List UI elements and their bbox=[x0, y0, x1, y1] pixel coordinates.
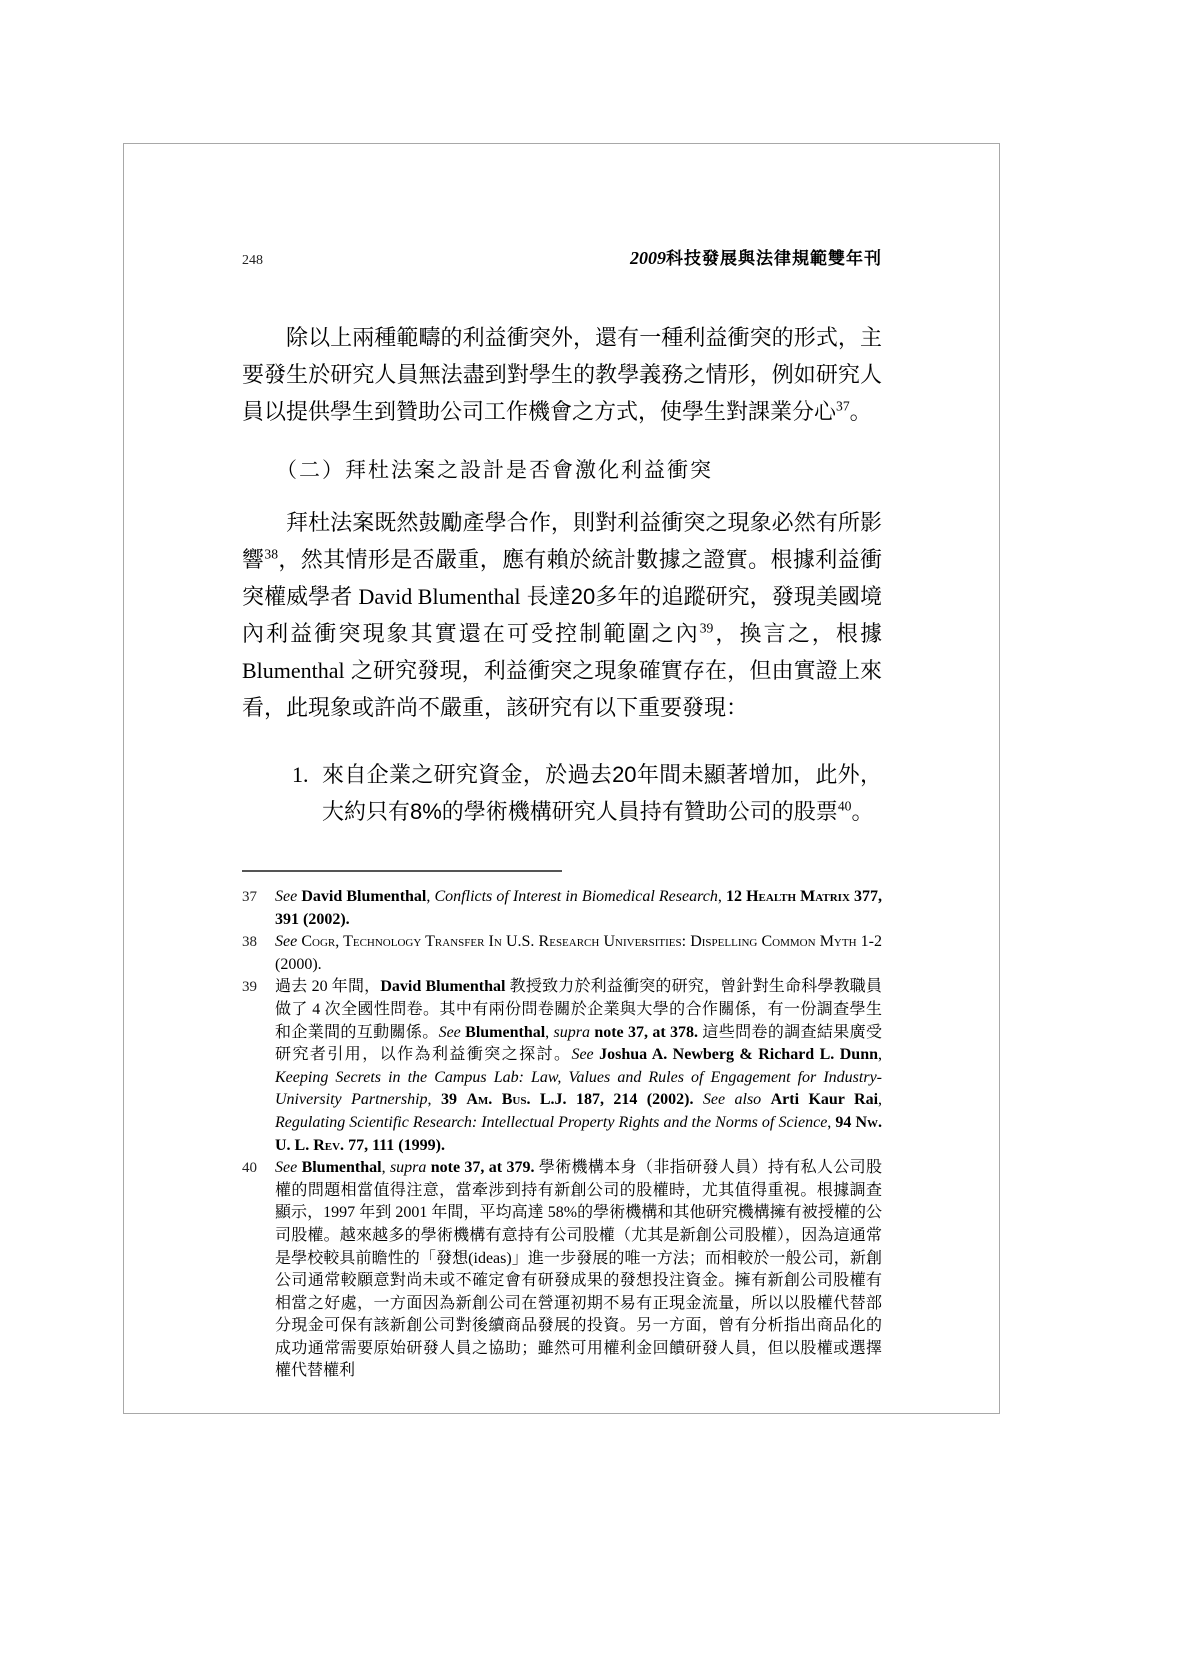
text-segment: , bbox=[382, 1159, 390, 1176]
text-segment: Health Matrix bbox=[746, 888, 850, 905]
text-segment: , bbox=[878, 1046, 882, 1063]
text-segment: 過去 20 年間， bbox=[275, 978, 380, 995]
text-segment: 12 bbox=[726, 888, 746, 905]
text-segment: David Blumenthal bbox=[380, 978, 505, 995]
footnotes-section: 37 See David Blumenthal, Conflicts of In… bbox=[242, 886, 882, 1383]
text-segment: supra bbox=[390, 1159, 426, 1176]
text-segment: note 37, at 378. bbox=[594, 1024, 698, 1041]
text-segment: 39 bbox=[441, 1091, 466, 1108]
footnote-text: See Blumenthal, supra note 37, at 379. 學… bbox=[275, 1157, 882, 1383]
section-heading: （二）拜杜法案之設計是否會激化利益衝突 bbox=[276, 454, 882, 484]
text-segment bbox=[761, 1091, 770, 1108]
text-segment: 187, 214 (2002). bbox=[567, 1091, 694, 1108]
footnote-separator bbox=[242, 870, 562, 872]
footnote-number: 40 bbox=[242, 1157, 275, 1383]
text-segment: Am. Bus. L.J. bbox=[466, 1091, 566, 1108]
text-segment: See bbox=[275, 1159, 297, 1176]
text-segment: 。 bbox=[851, 799, 873, 824]
text-segment: 學術機構本身（非指研發人員）持有私人公司股權的問題相當值得注意，當牽涉到持有新創… bbox=[275, 1159, 882, 1379]
footnote-text: 過去 20 年間，David Blumenthal 教授致力於利益衝突的研究，曾… bbox=[275, 976, 882, 1157]
body-text: 除以上兩種範疇的利益衝突外，還有一種利益衝突的形式，主要發生於研究人員無法盡到對… bbox=[242, 319, 882, 830]
text-segment: Blumenthal bbox=[302, 1159, 382, 1176]
text-segment: Blumenthal bbox=[242, 658, 345, 683]
text-segment: Conflicts of Interest in Biomedical Rese… bbox=[435, 888, 718, 905]
text-segment: See bbox=[571, 1046, 593, 1063]
text-segment: David Blumenthal bbox=[358, 584, 520, 609]
page-number: 248 bbox=[242, 253, 263, 269]
footnote-text: See Cogr, Technology Transfer In U.S. Re… bbox=[275, 931, 882, 976]
footnote-37: 37 See David Blumenthal, Conflicts of In… bbox=[242, 886, 882, 931]
body-paragraph-1: 除以上兩種範疇的利益衝突外，還有一種利益衝突的形式，主要發生於研究人員無法盡到對… bbox=[242, 319, 882, 430]
text-segment: 來自企業之研究資金，於過去20年間未顯著增加，此外，大約只有8%的學術機構研究人… bbox=[322, 762, 882, 824]
text-segment: 。 bbox=[850, 399, 872, 424]
body-paragraph-2: 拜杜法案既然鼓勵產學合作，則對利益衝突之現象必然有所影響38，然其情形是否嚴重，… bbox=[242, 504, 882, 726]
text-segment: See bbox=[275, 888, 297, 905]
text-segment: , bbox=[718, 888, 726, 905]
journal-year: 2009 bbox=[630, 248, 666, 268]
footnote-number: 37 bbox=[242, 886, 275, 931]
text-segment: See bbox=[275, 933, 297, 950]
text-segment: Joshua A. Newberg & Richard L. Dunn bbox=[599, 1046, 878, 1063]
list-item-text: 來自企業之研究資金，於過去20年間未顯著增加，此外，大約只有8%的學術機構研究人… bbox=[322, 756, 882, 830]
page-content: 248 2009科技發展與法律規範雙年刊 除以上兩種範疇的利益衝突外，還有一種利… bbox=[124, 144, 999, 1383]
text-segment: David Blumenthal bbox=[301, 888, 426, 905]
text-segment: , bbox=[428, 1091, 441, 1108]
footnote-ref: 39 bbox=[700, 621, 714, 636]
page-header: 248 2009科技發展與法律規範雙年刊 bbox=[242, 244, 882, 269]
text-segment: Cogr, Technology Transfer In U.S. Resear… bbox=[301, 933, 856, 950]
text-segment: 94 bbox=[835, 1114, 855, 1131]
text-segment: See also bbox=[703, 1091, 761, 1108]
text-segment: Blumenthal bbox=[465, 1024, 545, 1041]
text-segment: supra bbox=[554, 1024, 590, 1041]
text-segment: , bbox=[878, 1091, 882, 1108]
text-segment bbox=[693, 1091, 702, 1108]
footnote-40: 40 See Blumenthal, supra note 37, at 379… bbox=[242, 1157, 882, 1383]
footnote-ref: 37 bbox=[836, 399, 850, 414]
journal-title-text: 科技發展與法律規範雙年刊 bbox=[666, 249, 882, 268]
text-segment: Arti Kaur Rai bbox=[771, 1091, 878, 1108]
text-segment: 77, 111 (1999). bbox=[344, 1137, 445, 1154]
text-segment: 除以上兩種範疇的利益衝突外，還有一種利益衝突的形式，主要發生於研究人員無法盡到對… bbox=[242, 325, 882, 424]
footnote-text: See David Blumenthal, Conflicts of Inter… bbox=[275, 886, 882, 931]
footnote-number: 39 bbox=[242, 976, 275, 1157]
footnote-number: 38 bbox=[242, 931, 275, 976]
footnote-39: 39 過去 20 年間，David Blumenthal 教授致力於利益衝突的研… bbox=[242, 976, 882, 1157]
list-item-number: 1. bbox=[292, 756, 322, 830]
text-segment: ，換言之，根據 bbox=[713, 621, 882, 646]
document-page: 248 2009科技發展與法律規範雙年刊 除以上兩種範疇的利益衝突外，還有一種利… bbox=[123, 143, 1000, 1414]
text-segment: , bbox=[426, 888, 434, 905]
journal-title: 2009科技發展與法律規範雙年刊 bbox=[630, 244, 882, 269]
footnote-38: 38 See Cogr, Technology Transfer In U.S.… bbox=[242, 931, 882, 976]
footnote-ref: 40 bbox=[838, 799, 852, 814]
numbered-list-item: 1. 來自企業之研究資金，於過去20年間未顯著增加，此外，大約只有8%的學術機構… bbox=[292, 756, 882, 830]
text-segment: note 37, at 379. bbox=[431, 1159, 535, 1176]
text-segment: Regulating Scientific Research: Intellec… bbox=[275, 1114, 827, 1131]
text-segment: , bbox=[545, 1024, 553, 1041]
footnote-ref: 38 bbox=[264, 547, 278, 562]
text-segment: See bbox=[439, 1024, 461, 1041]
